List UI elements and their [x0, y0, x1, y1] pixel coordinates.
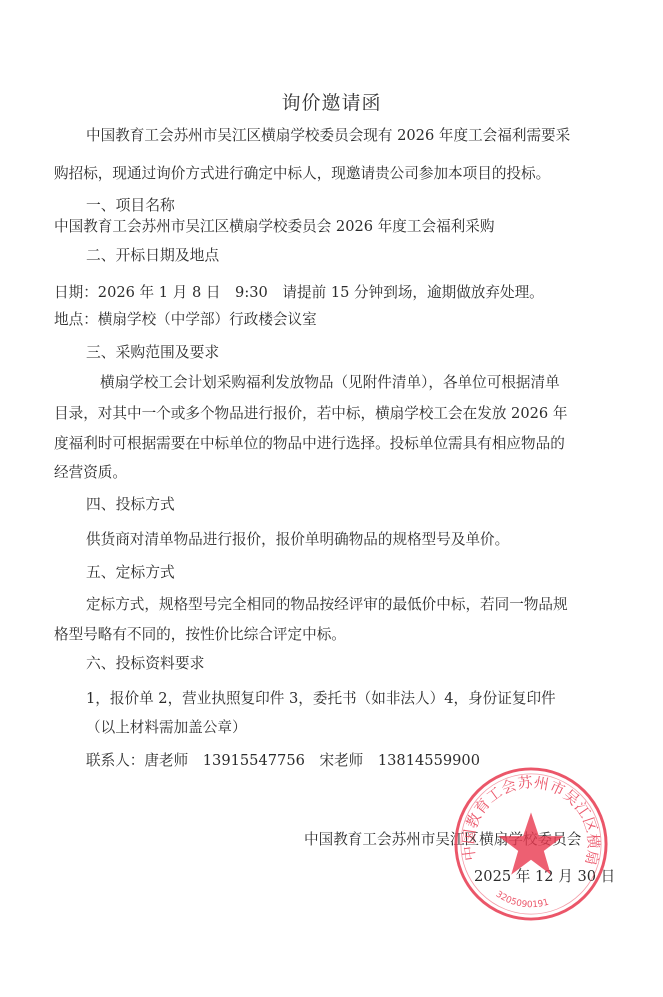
- bid-method: 供货商对清单物品进行报价，报价单明确物品的规格型号及单价。: [86, 530, 509, 550]
- section-heading-3: 三、采购范围及要求: [86, 343, 219, 363]
- svg-text:3205090191: 3205090191: [494, 890, 550, 911]
- award-line-2: 格型号略有不同的，按性价比综合评定中标。: [54, 625, 346, 645]
- award-line-1: 定标方式，规格型号完全相同的物品按经评审的最低价中标，若同一物品规: [86, 595, 568, 615]
- intro-line-2: 购招标，现通过询价方式进行确定中标人，现邀请贵公司参加本项目的投标。: [54, 164, 550, 184]
- scope-line-2: 目录，对其中一个或多个物品进行报价，若中标，横扇学校工会在发放 2026 年: [54, 404, 567, 424]
- scope-line-4: 经营资质。: [54, 463, 127, 483]
- project-name: 中国教育工会苏州市吴江区横扇学校委员会 2026 年度工会福利采购: [54, 217, 494, 237]
- intro-line-1: 中国教育工会苏州市吴江区横扇学校委员会现有 2026 年度工会福利需要采: [86, 126, 570, 146]
- contact-info: 联系人：唐老师 13915547756 宋老师 13814559900: [86, 751, 480, 771]
- scope-line-3: 度福利时可根据需要在中标单位的物品中进行选择。投标单位需具有相应物品的: [54, 434, 565, 454]
- materials-line-2: （以上材料需加盖公章）: [86, 718, 247, 738]
- section-heading-1: 一、项目名称: [86, 196, 175, 216]
- scope-line-1: 横扇学校工会计划采购福利发放物品（见附件清单），各单位可根据清单: [100, 373, 560, 393]
- document-title: 询价邀请函: [0, 88, 663, 115]
- section-heading-6: 六、投标资料要求: [86, 654, 204, 674]
- document-page: 询价邀请函 中国教育工会苏州市吴江区横扇学校委员会现有 2026 年度工会福利需…: [0, 0, 663, 997]
- bid-location: 地点：横扇学校（中学部）行政楼会议室: [54, 310, 317, 330]
- section-heading-5: 五、定标方式: [86, 563, 175, 583]
- section-heading-4: 四、投标方式: [86, 495, 175, 515]
- section-heading-2: 二、开标日期及地点: [86, 246, 219, 266]
- materials-line-1: 1，报价单 2，营业执照复印件 3，委托书（如非法人）4，身份证复印件: [86, 689, 556, 709]
- official-seal-icon: 中国教育工会苏州市吴江区横扇学校委员会 3205090191: [452, 765, 610, 923]
- bid-date: 日期：2026 年 1 月 8 日 9:30 请提前 15 分钟到场，逾期做放弃…: [54, 283, 544, 303]
